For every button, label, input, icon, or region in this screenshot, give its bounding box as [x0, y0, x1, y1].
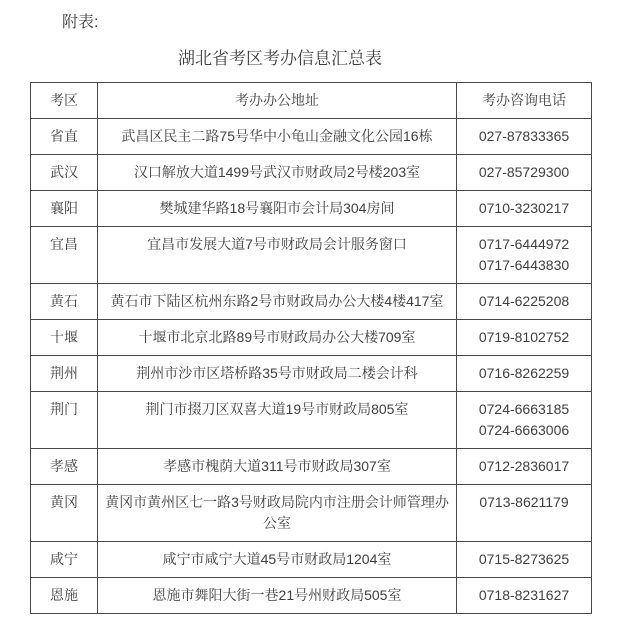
region-cell: 咸宁 [31, 542, 98, 578]
address-cell: 黄冈市黄州区七一路3号财政局院内市注册会计师管理办公室 [98, 485, 457, 542]
region-cell: 黄石 [31, 284, 98, 320]
phone-cell: 0716-8262259 [457, 356, 592, 392]
header-region: 考区 [31, 83, 98, 119]
phone-cell: 0724-6663185 0724-6663006 [457, 392, 592, 449]
appendix-label: 附表: [62, 12, 618, 34]
address-cell: 咸宁市咸宁大道45号市财政局1204室 [98, 542, 457, 578]
phone-number: 0718-8231627 [463, 585, 585, 606]
address-cell: 汉口解放大道1499号武汉市财政局2号楼203室 [98, 155, 457, 191]
region-cell: 恩施 [31, 578, 98, 614]
table-row: 黄石 黄石市下陆区杭州东路2号市财政局办公大楼4楼417室 0714-62252… [31, 284, 592, 320]
phone-number: 027-87833365 [463, 126, 585, 147]
region-cell: 襄阳 [31, 191, 98, 227]
phone-number: 0714-6225208 [463, 291, 585, 312]
phone-cell: 0714-6225208 [457, 284, 592, 320]
phone-number: 0717-6444972 [463, 234, 585, 255]
table-row: 咸宁 咸宁市咸宁大道45号市财政局1204室 0715-8273625 [31, 542, 592, 578]
table-row: 省直 武昌区民主二路75号华中小龟山金融文化公园16栋 027-87833365 [31, 119, 592, 155]
region-cell: 武汉 [31, 155, 98, 191]
phone-cell: 0710-3230217 [457, 191, 592, 227]
table-row: 襄阳 樊城建华路18号襄阳市会计局304房间 0710-3230217 [31, 191, 592, 227]
phone-cell: 0719-8102752 [457, 320, 592, 356]
region-cell: 荆门 [31, 392, 98, 449]
phone-number: 0715-8273625 [463, 549, 585, 570]
phone-number: 027-85729300 [463, 162, 585, 183]
table-row: 宜昌 宜昌市发展大道7号市财政局会计服务窗口 0717-6444972 0717… [31, 227, 592, 284]
table-row: 荆州 荆州市沙市区塔桥路35号市财政局二楼会计科 0716-8262259 [31, 356, 592, 392]
header-address: 考办办公地址 [98, 83, 457, 119]
phone-number: 0710-3230217 [463, 198, 585, 219]
table-row: 孝感 孝感市槐荫大道311号市财政局307室 0712-2836017 [31, 449, 592, 485]
address-cell: 武昌区民主二路75号华中小龟山金融文化公园16栋 [98, 119, 457, 155]
phone-number: 0716-8262259 [463, 363, 585, 384]
phone-number: 0724-6663006 [463, 420, 585, 441]
region-cell: 宜昌 [31, 227, 98, 284]
phone-cell: 027-87833365 [457, 119, 592, 155]
address-cell: 十堰市北京北路89号市财政局办公大楼709室 [98, 320, 457, 356]
phone-number: 0724-6663185 [463, 399, 585, 420]
address-cell: 恩施市舞阳大街一巷21号州财政局505室 [98, 578, 457, 614]
region-cell: 十堰 [31, 320, 98, 356]
phone-number: 0713-8621179 [463, 492, 585, 513]
address-cell: 孝感市槐荫大道311号市财政局307室 [98, 449, 457, 485]
phone-cell: 027-85729300 [457, 155, 592, 191]
header-phone: 考办咨询电话 [457, 83, 592, 119]
region-cell: 黄冈 [31, 485, 98, 542]
table-row: 武汉 汉口解放大道1499号武汉市财政局2号楼203室 027-85729300 [31, 155, 592, 191]
phone-cell: 0717-6444972 0717-6443830 [457, 227, 592, 284]
region-cell: 省直 [31, 119, 98, 155]
region-cell: 孝感 [31, 449, 98, 485]
address-cell: 宜昌市发展大道7号市财政局会计服务窗口 [98, 227, 457, 284]
address-cell: 樊城建华路18号襄阳市会计局304房间 [98, 191, 457, 227]
page-title: 湖北省考区考办信息汇总表 [0, 47, 560, 71]
address-cell: 荆州市沙市区塔桥路35号市财政局二楼会计科 [98, 356, 457, 392]
table-header-row: 考区 考办办公地址 考办咨询电话 [31, 83, 592, 119]
table-row: 恩施 恩施市舞阳大街一巷21号州财政局505室 0718-8231627 [31, 578, 592, 614]
phone-cell: 0715-8273625 [457, 542, 592, 578]
phone-cell: 0713-8621179 [457, 485, 592, 542]
region-cell: 荆州 [31, 356, 98, 392]
table-row: 荆门 荆门市掇刀区双喜大道19号市财政局805室 0724-6663185 07… [31, 392, 592, 449]
phone-number: 0717-6443830 [463, 255, 585, 276]
address-cell: 荆门市掇刀区双喜大道19号市财政局805室 [98, 392, 457, 449]
table-row: 黄冈 黄冈市黄州区七一路3号财政局院内市注册会计师管理办公室 0713-8621… [31, 485, 592, 542]
phone-cell: 0712-2836017 [457, 449, 592, 485]
exam-office-table: 考区 考办办公地址 考办咨询电话 省直 武昌区民主二路75号华中小龟山金融文化公… [30, 82, 592, 614]
phone-cell: 0718-8231627 [457, 578, 592, 614]
document-page: 附表: 湖北省考区考办信息汇总表 考区 考办办公地址 考办咨询电话 省直 武昌区… [0, 0, 618, 614]
phone-number: 0719-8102752 [463, 327, 585, 348]
phone-number: 0712-2836017 [463, 456, 585, 477]
table-row: 十堰 十堰市北京北路89号市财政局办公大楼709室 0719-8102752 [31, 320, 592, 356]
address-cell: 黄石市下陆区杭州东路2号市财政局办公大楼4楼417室 [98, 284, 457, 320]
